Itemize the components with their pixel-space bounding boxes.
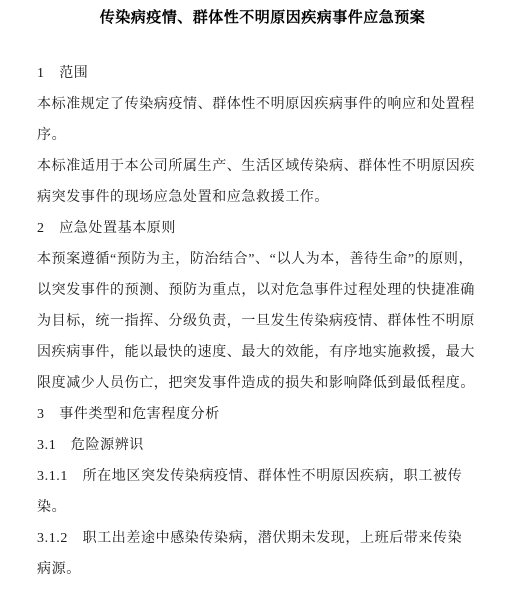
document-page: 传染病疫情、群体性不明原因疾病事件应急预案 1 范围本标准规定了传染病疫情、群体… xyxy=(0,0,525,594)
heading-line: 1 范围 xyxy=(37,58,495,89)
paragraph-line: 染。 xyxy=(37,492,495,523)
paragraph-line: 3.1.1 所在地区突发传染病疫情、群体性不明原因疾病，职工被传 xyxy=(37,461,495,492)
paragraph-line: 3.1.2 职工出差途中感染传染病，潜伏期未发现，上班后带来传染 xyxy=(37,523,495,554)
heading-line: 3.1 危险源辨识 xyxy=(37,430,495,461)
paragraph-line: 因疾病事件，能以最快的速度、最大的效能，有序地实施救援，最大 xyxy=(37,337,495,368)
paragraph-line: 限度减少人员伤亡，把突发事件造成的损失和影响降低到最低程度。 xyxy=(37,368,495,399)
document-title: 传染病疫情、群体性不明原因疾病事件应急预案 xyxy=(0,0,525,31)
heading-line: 2 应急处置基本原则 xyxy=(37,213,495,244)
paragraph-line: 病源。 xyxy=(37,554,495,585)
paragraph-line: 病突发事件的现场应急处置和应急救援工作。 xyxy=(37,182,495,213)
paragraph-line: 序。 xyxy=(37,120,495,151)
paragraph-line: 以突发事件的预测、预防为重点，以对危急事件过程处理的快捷准确 xyxy=(37,275,495,306)
paragraph-line: 本标准适用于本公司所属生产、生活区域传染病、群体性不明原因疾 xyxy=(37,151,495,182)
paragraph-line: 本预案遵循“预防为主，防治结合”、“以人为本，善待生命”的原则， xyxy=(37,244,495,275)
paragraph-line: 本标准规定了传染病疫情、群体性不明原因疾病事件的响应和处置程 xyxy=(37,89,495,120)
document-body: 1 范围本标准规定了传染病疫情、群体性不明原因疾病事件的响应和处置程序。本标准适… xyxy=(0,58,525,585)
heading-line: 3 事件类型和危害程度分析 xyxy=(37,399,495,430)
paragraph-line: 为目标，统一指挥、分级负责，一旦发生传染病疫情、群体性不明原 xyxy=(37,306,495,337)
